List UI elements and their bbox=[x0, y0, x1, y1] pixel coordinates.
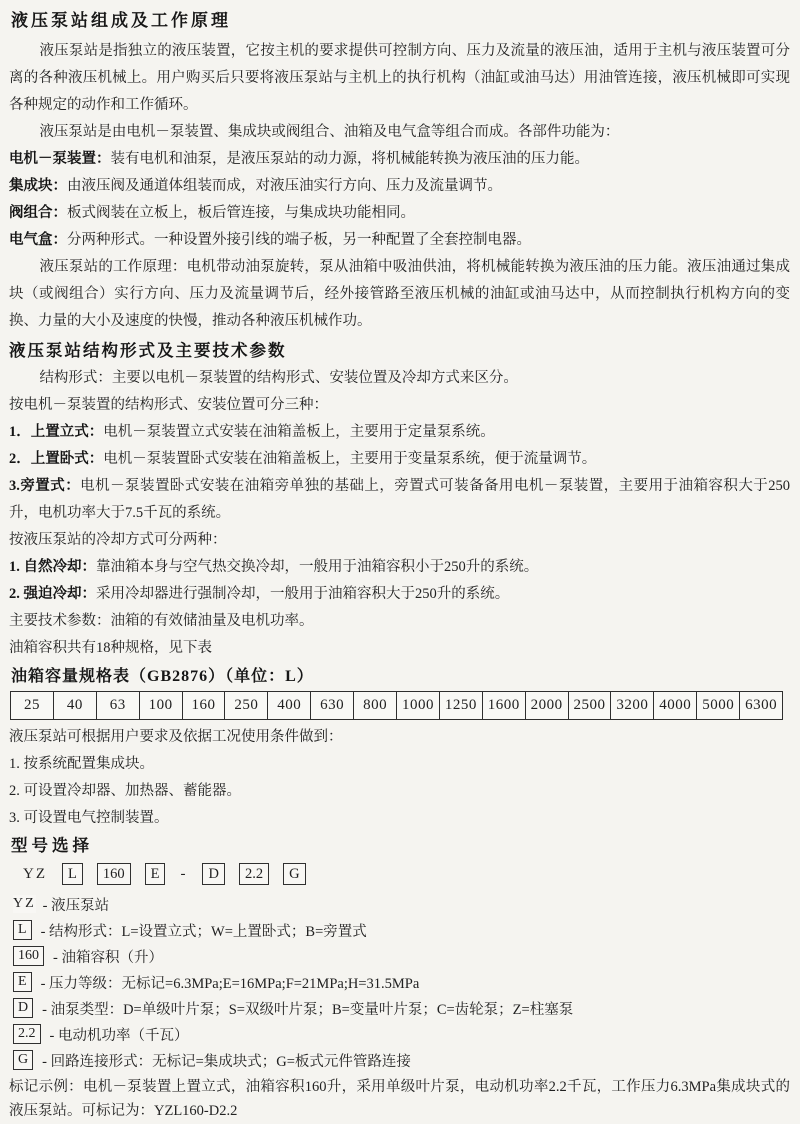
structure-type-text: 电机－泵装置卧式安装在油箱旁单独的基础上，旁置式可装备备用电机－泵装置，主要用于… bbox=[9, 478, 790, 521]
legend-text: - 油箱容积（升） bbox=[53, 946, 163, 967]
legend-code-box: L bbox=[13, 920, 32, 940]
tank-capacity-cell: 630 bbox=[311, 692, 354, 720]
page-title: 液压泵站组成及工作原理 bbox=[11, 9, 790, 33]
cooling-type-text: 靠油箱本身与空气热交换冷却，一般用于油箱容积小于250升的系统。 bbox=[96, 559, 538, 575]
tank-specs-note: 油箱容积共有18种规格，见下表 bbox=[9, 635, 790, 662]
cooling-type-label: 1. 自然冷却： bbox=[9, 559, 96, 575]
model-code-group: D2.2G bbox=[202, 863, 319, 885]
model-code-box: 2.2 bbox=[239, 863, 269, 885]
model-code-box: D bbox=[202, 863, 224, 885]
component-label: 电机－泵装置： bbox=[9, 151, 111, 167]
legend-code-box: G bbox=[13, 1050, 33, 1070]
legend-row-motor-power: 2.2- 电动机功率（千瓦） bbox=[13, 1021, 790, 1047]
tank-capacity-cell: 40 bbox=[53, 692, 96, 720]
tank-capacity-cell: 400 bbox=[268, 692, 311, 720]
components-list: 电机－泵装置：装有电机和油泵，是液压泵站的动力源，将机械能转换为液压油的压力能。… bbox=[9, 146, 790, 254]
legend-text: - 回路连接形式：无标记=集成块式；G=板式元件管路连接 bbox=[42, 1050, 411, 1071]
model-legend: YZ- 液压泵站 L- 结构形式：L=设置立式；W=上置卧式；B=旁置式 160… bbox=[9, 891, 790, 1073]
tank-capacity-cell: 2500 bbox=[568, 692, 611, 720]
tank-capacity-cell: 2000 bbox=[525, 692, 568, 720]
structure-types-list: 1．上置立式：电机－泵装置立式安装在油箱盖板上，主要用于定量泵系统。 2．上置卧… bbox=[9, 419, 790, 527]
structure-type-item: 1．上置立式：电机－泵装置立式安装在油箱盖板上，主要用于定量泵系统。 bbox=[9, 419, 790, 446]
component-text: 分两种形式。一种设置外接引线的端子板，另一种配置了全套控制电器。 bbox=[67, 232, 531, 248]
component-text: 装有电机和油泵，是液压泵站的动力源，将机械能转换为液压油的压力能。 bbox=[111, 151, 590, 167]
legend-row-circuit: G- 回路连接形式：无标记=集成块式；G=板式元件管路连接 bbox=[13, 1047, 790, 1073]
structure-classification: 按电机－泵装置的结构形式、安装位置可分三种： bbox=[9, 392, 790, 419]
cooling-type-item: 1. 自然冷却：靠油箱本身与空气热交换冷却，一般用于油箱容积小于250升的系统。 bbox=[9, 554, 790, 581]
component-item: 集成块：由液压阀及通道体组装而成，对液压油实行方向、压力及流量调节。 bbox=[9, 173, 790, 200]
customization-item: 2. 可设置冷却器、加热器、蓄能器。 bbox=[9, 778, 790, 805]
tank-capacity-cell: 250 bbox=[225, 692, 268, 720]
structure-type-item: 2．上置卧式：电机－泵装置卧式安装在油箱盖板上，主要用于变量泵系统，便于流量调节… bbox=[9, 446, 790, 473]
model-code-box: 160 bbox=[97, 863, 131, 885]
cooling-classification: 按液压泵站的冷却方式可分两种： bbox=[9, 527, 790, 554]
legend-text: - 电动机功率（千瓦） bbox=[50, 1024, 189, 1045]
component-label: 电气盒： bbox=[9, 232, 67, 248]
legend-code-box: D bbox=[13, 998, 33, 1018]
cooling-types-list: 1. 自然冷却：靠油箱本身与空气热交换冷却，一般用于油箱容积小于250升的系统。… bbox=[9, 554, 790, 608]
section-title-structure: 液压泵站结构形式及主要技术参数 bbox=[9, 339, 790, 363]
legend-row-structure: L- 结构形式：L=设置立式；W=上置卧式；B=旁置式 bbox=[13, 917, 790, 943]
cooling-type-text: 采用冷却器进行强制冷却，一般用于油箱容积大于250升的系统。 bbox=[96, 586, 509, 602]
legend-code-box: 160 bbox=[13, 946, 44, 966]
intro-paragraph-2: 液压泵站是由电机－泵装置、集成块或阀组合、油箱及电气盒等组合而成。各部件功能为： bbox=[9, 119, 790, 146]
model-code-box: E bbox=[145, 863, 166, 885]
model-code-prefix: YZ bbox=[23, 866, 47, 883]
tank-capacity-cell: 63 bbox=[96, 692, 139, 720]
tank-capacity-cell: 6300 bbox=[740, 692, 783, 720]
legend-text: - 结构形式：L=设置立式；W=上置卧式；B=旁置式 bbox=[41, 920, 367, 941]
main-params-line: 主要技术参数：油箱的有效储油量及电机功率。 bbox=[9, 608, 790, 635]
legend-row-pressure: E- 压力等级：无标记=6.3MPa;E=16MPa;F=21MPa;H=31.… bbox=[13, 969, 790, 995]
component-label: 阀组合： bbox=[9, 205, 67, 221]
model-code-dash: - bbox=[180, 866, 185, 883]
component-text: 由液压阀及通道体组装而成，对液压油实行方向、压力及流量调节。 bbox=[67, 178, 502, 194]
component-item: 电气盒：分两种形式。一种设置外接引线的端子板，另一种配置了全套控制电器。 bbox=[9, 227, 790, 254]
tank-capacity-cell: 800 bbox=[354, 692, 397, 720]
customization-intro: 液压泵站可根据用户要求及依据工况使用条件做到： bbox=[9, 724, 790, 751]
tank-table-title: 油箱容量规格表（GB2876）（单位：L） bbox=[11, 665, 790, 688]
tank-capacity-table: 2540631001602504006308001000125016002000… bbox=[10, 691, 783, 720]
tank-capacity-cell: 4000 bbox=[654, 692, 697, 720]
legend-row-tank-volume: 160- 油箱容积（升） bbox=[13, 943, 790, 969]
component-item: 电机－泵装置：装有电机和油泵，是液压泵站的动力源，将机械能转换为液压油的压力能。 bbox=[9, 146, 790, 173]
tank-capacity-cell: 1250 bbox=[439, 692, 482, 720]
customization-item: 1. 按系统配置集成块。 bbox=[9, 751, 790, 778]
tank-capacity-cell: 160 bbox=[182, 692, 225, 720]
tank-capacity-row: 2540631001602504006308001000125016002000… bbox=[11, 692, 783, 720]
component-item: 阀组合：板式阀装在立板上，板后管连接，与集成块功能相同。 bbox=[9, 200, 790, 227]
structure-type-text: 电机－泵装置立式安装在油箱盖板上，主要用于定量泵系统。 bbox=[103, 424, 495, 440]
structure-type-text: 电机－泵装置卧式安装在油箱盖板上，主要用于变量泵系统，便于流量调节。 bbox=[103, 451, 596, 467]
cooling-type-item: 2. 强迫冷却：采用冷却器进行强制冷却，一般用于油箱容积大于250升的系统。 bbox=[9, 581, 790, 608]
component-label: 集成块： bbox=[9, 178, 67, 194]
tank-capacity-cell: 1600 bbox=[482, 692, 525, 720]
document-page: 液压泵站组成及工作原理 液压泵站是指独立的液压装置，它按主机的要求提供可控制方向… bbox=[0, 0, 800, 1123]
intro-paragraph-1: 液压泵站是指独立的液压装置，它按主机的要求提供可控制方向、压力及流量的液压油，适… bbox=[9, 38, 790, 119]
model-code-line: YZ L160E - D2.2G bbox=[23, 861, 790, 887]
model-selection-title: 型号选择 bbox=[11, 834, 790, 857]
legend-row-pump-type: D- 油泵类型：D=单级叶片泵；S=双级叶片泵；B=变量叶片泵；C=齿轮泵；Z=… bbox=[13, 995, 790, 1021]
legend-text: - 油泵类型：D=单级叶片泵；S=双级叶片泵；B=变量叶片泵；C=齿轮泵；Z=柱… bbox=[42, 998, 573, 1019]
model-code-box: G bbox=[283, 863, 305, 885]
component-text: 板式阀装在立板上，板后管连接，与集成块功能相同。 bbox=[67, 205, 415, 221]
tank-capacity-cell: 1000 bbox=[397, 692, 440, 720]
legend-row-yz: YZ- 液压泵站 bbox=[13, 891, 790, 917]
structure-type-label: 2．上置卧式： bbox=[9, 451, 103, 467]
tank-capacity-cell: 100 bbox=[139, 692, 182, 720]
structure-type-item: 3.旁置式：电机－泵装置卧式安装在油箱旁单独的基础上，旁置式可装备备用电机－泵装… bbox=[9, 473, 790, 527]
legend-code-box: 2.2 bbox=[13, 1024, 41, 1044]
structure-type-label: 3.旁置式： bbox=[9, 478, 80, 494]
legend-code: YZ bbox=[13, 895, 36, 913]
model-code-box: L bbox=[62, 863, 83, 885]
cooling-type-label: 2. 强迫冷却： bbox=[9, 586, 96, 602]
legend-code-box: E bbox=[13, 972, 32, 992]
customization-item: 3. 可设置电气控制装置。 bbox=[9, 805, 790, 832]
structure-intro: 结构形式：主要以电机－泵装置的结构形式、安装位置及冷却方式来区分。 bbox=[9, 365, 790, 392]
structure-type-label: 1．上置立式： bbox=[9, 424, 103, 440]
marking-example: 标记示例：电机－泵装置上置立式，油箱容积160升，采用单级叶片泵，电动机功率2.… bbox=[9, 1075, 790, 1123]
legend-text: - 压力等级：无标记=6.3MPa;E=16MPa;F=21MPa;H=31.5… bbox=[41, 972, 420, 993]
tank-capacity-cell: 3200 bbox=[611, 692, 654, 720]
working-principle-paragraph: 液压泵站的工作原理：电机带动油泵旋转，泵从油箱中吸油供油，将机械能转换为液压油的… bbox=[9, 254, 790, 335]
tank-capacity-cell: 25 bbox=[11, 692, 54, 720]
legend-text: - 液压泵站 bbox=[43, 894, 109, 915]
tank-capacity-cell: 5000 bbox=[697, 692, 740, 720]
model-code-group: L160E bbox=[62, 863, 179, 885]
